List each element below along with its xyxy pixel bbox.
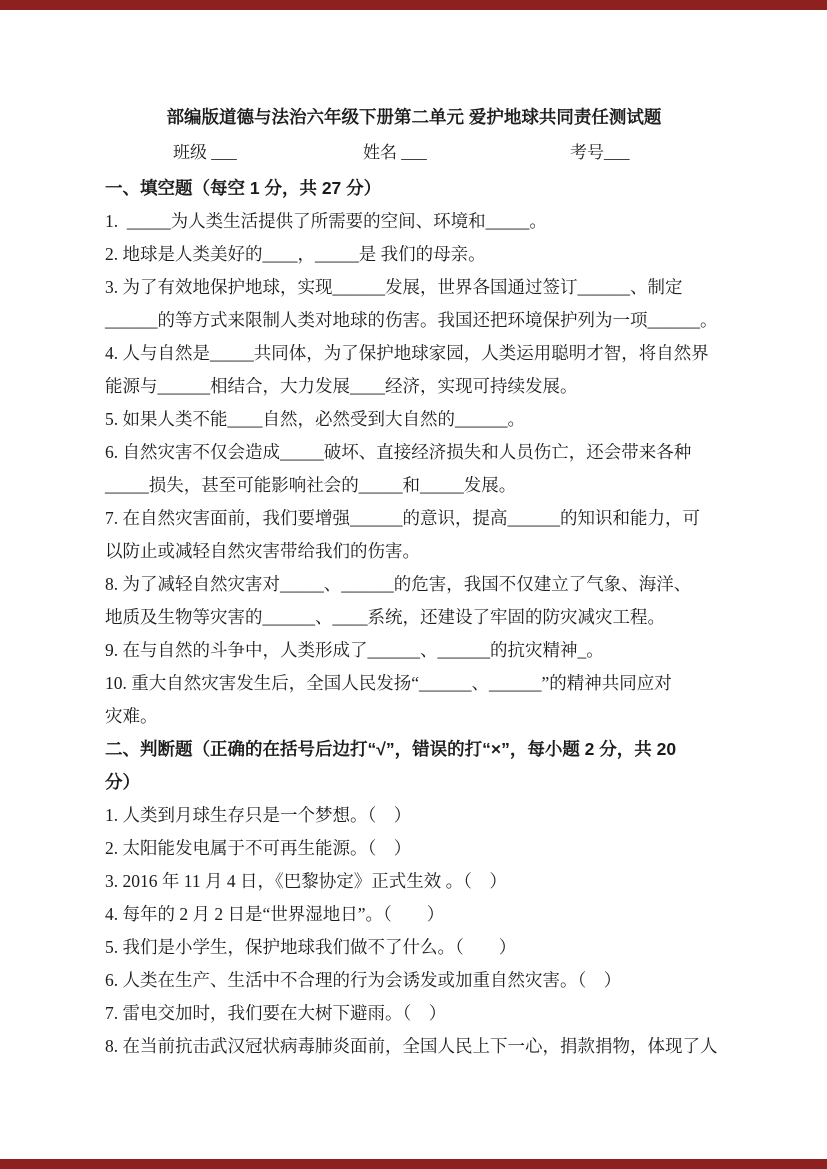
question-line: 3. 为了有效地保护地球，实现______发展，世界各国通过签订______、制… [105,271,723,304]
question-line: 9. 在与自然的斗争中，人类形成了______、______的抗灾精神_。 [105,634,723,667]
section-1-heading: 一、填空题（每空 1 分，共 27 分） [105,172,723,205]
question-line: 6. 人类在生产、生活中不合理的行为会诱发或加重自然灾害。（ ） [105,964,723,997]
student-info-row: 班级 ___ 姓名 ___ 考号___ [105,138,723,168]
name-label: 姓名 [363,143,397,162]
question-line: 3. 2016 年 11 月 4 日，《巴黎协定》正式生效 。（ ） [105,865,723,898]
question-line: 1. _____为人类生活提供了所需要的空间、环境和_____。 [105,205,723,238]
question-line: 6. 自然灾害不仅会造成_____破坏、直接经济损失和人员伤亡，还会带来各种 [105,436,723,469]
question-line: ______的等方式来限制人类对地球的伤害。我国还把环境保护列为一项______… [105,304,723,337]
bottom-border-bar [0,1159,827,1169]
document-page: 部编版道德与法治六年级下册第二单元 爱护地球共同责任测试题 班级 ___ 姓名 … [0,0,827,1169]
exam-number-blank: ___ [604,143,630,162]
question-line: 4. 每年的 2 月 2 日是“世界湿地日”。（ ） [105,898,723,931]
name-blank: ___ [397,143,427,162]
class-field: 班级 ___ [173,138,237,168]
exam-number-label: 考号 [570,143,604,162]
top-border-bar [0,0,827,10]
question-line: 4. 人与自然是_____共同体，为了保护地球家园，人类运用聪明才智，将自然界 [105,337,723,370]
section-2-heading-line-1: 二、判断题（正确的在括号后边打“√”，错误的打“×”，每小题 2 分，共 20 [105,733,723,766]
question-line: 8. 在当前抗击武汉冠状病毒肺炎面前，全国人民上下一心，捐款捐物，体现了人 [105,1030,723,1063]
question-line: 灾难。 [105,700,723,733]
question-line: 7. 雷电交加时，我们要在大树下避雨。（ ） [105,997,723,1030]
question-line: 以防止或减轻自然灾害带给我们的伤害。 [105,535,723,568]
class-label: 班级 [173,143,207,162]
name-field: 姓名 ___ [363,138,427,168]
question-line: 7. 在自然灾害面前，我们要增强______的意识，提高______的知识和能力… [105,502,723,535]
question-line: _____损失，甚至可能影响社会的_____和_____发展。 [105,469,723,502]
question-line: 2. 太阳能发电属于不可再生能源。（ ） [105,832,723,865]
class-blank: ___ [207,143,237,162]
question-line: 8. 为了减轻自然灾害对_____、______的危害，我国不仅建立了气象、海洋… [105,568,723,601]
section-2-heading-line-2: 分） [105,766,723,799]
question-line: 1. 人类到月球生存只是一个梦想。（ ） [105,799,723,832]
question-line: 能源与______相结合，大力发展____经济，实现可持续发展。 [105,370,723,403]
question-line: 地质及生物等灾害的______、____系统，还建设了牢固的防灾减灾工程。 [105,601,723,634]
question-line: 5. 如果人类不能____自然，必然受到大自然的______。 [105,403,723,436]
question-list: 一、填空题（每空 1 分，共 27 分） 1. _____为人类生活提供了所需要… [105,172,723,1063]
question-line: 2. 地球是人类美好的____，_____是 我们的母亲。 [105,238,723,271]
question-line: 10. 重大自然灾害发生后，全国人民发扬“______、______”的精神共同… [105,667,723,700]
question-line: 5. 我们是小学生，保护地球我们做不了什么。（ ） [105,931,723,964]
exam-number-field: 考号___ [570,138,630,168]
page-title: 部编版道德与法治六年级下册第二单元 爱护地球共同责任测试题 [75,103,753,131]
